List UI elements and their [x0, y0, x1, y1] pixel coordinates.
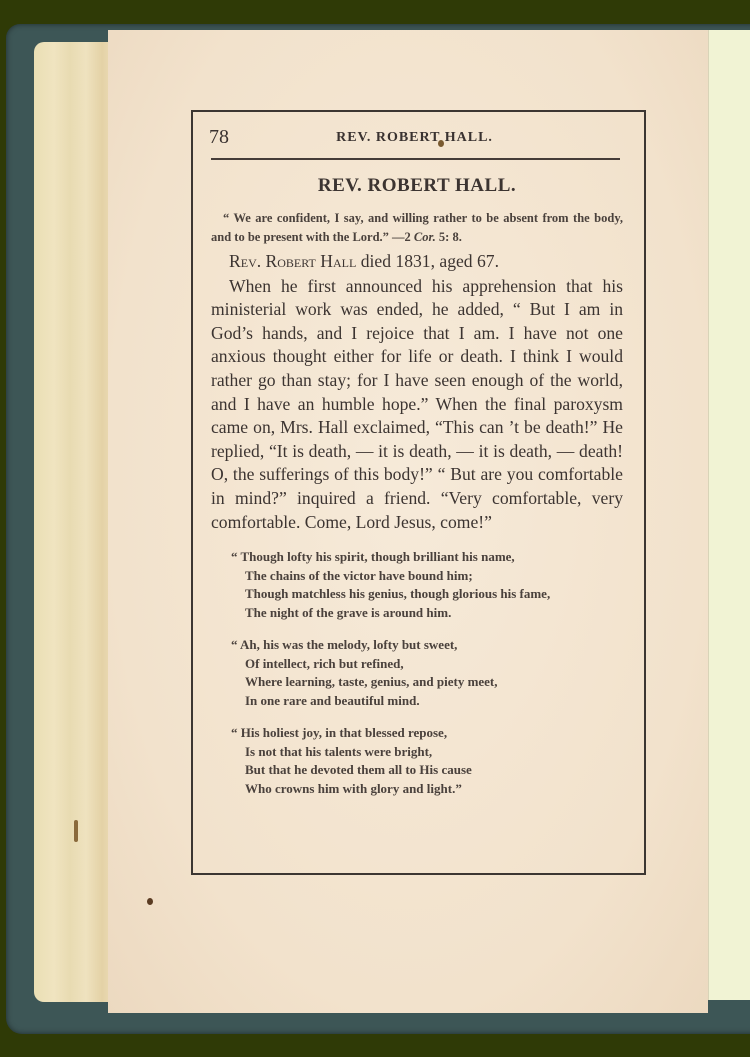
- page-edges: [34, 42, 114, 1002]
- body-paragraph: When he first announced his apprehension…: [211, 275, 623, 535]
- poem-line: But that he devoted them all to His caus…: [231, 761, 623, 780]
- poem-line: “ Though lofty his spirit, though brilli…: [231, 548, 623, 567]
- facing-page-edge: [708, 30, 750, 1000]
- lead-text: died 1831, aged 67.: [356, 251, 499, 271]
- page-stain: [74, 820, 78, 842]
- poem-line: Where learning, taste, genius, and piety…: [231, 673, 623, 692]
- poem-line: “ His holiest joy, in that blessed repos…: [231, 724, 623, 743]
- poem-line: Is not that his talents were bright,: [231, 743, 623, 762]
- running-title: REV. ROBERT HALL.: [207, 130, 622, 146]
- poem-stanza-2: “ Ah, his was the melody, lofty but swee…: [231, 636, 623, 710]
- poem-line: Though matchless his genius, though glor…: [231, 585, 623, 604]
- page-content: REV. ROBERT HALL. “ We are confident, I …: [211, 175, 623, 798]
- poem-stanza-3: “ His holiest joy, in that blessed repos…: [231, 724, 623, 798]
- epigraph-reference-tail: 5: 8.: [436, 230, 462, 244]
- poem-line: The night of the grave is around him.: [231, 604, 623, 623]
- ink-spot: [147, 898, 153, 905]
- chapter-title: REV. ROBERT HALL.: [211, 175, 623, 197]
- running-head: 78 REV. ROBERT HALL.: [207, 126, 622, 154]
- epigraph: “ We are confident, I say, and willing r…: [211, 209, 623, 247]
- poem-line: Of intellect, rich but refined,: [231, 655, 623, 674]
- header-rule: [211, 158, 620, 160]
- lead-sentence: Rev. Robert Hall died 1831, aged 67.: [211, 250, 623, 274]
- poem-stanza-1: “ Though lofty his spirit, though brilli…: [231, 548, 623, 622]
- epigraph-reference: Cor.: [414, 230, 436, 244]
- poem-line: The chains of the victor have bound him;: [231, 567, 623, 586]
- poem-line: In one rare and beautiful mind.: [231, 692, 623, 711]
- poem-line: “ Ah, his was the melody, lofty but swee…: [231, 636, 623, 655]
- poem-line: Who crowns him with glory and light.”: [231, 780, 623, 799]
- subject-name: Rev. Robert Hall: [229, 251, 356, 271]
